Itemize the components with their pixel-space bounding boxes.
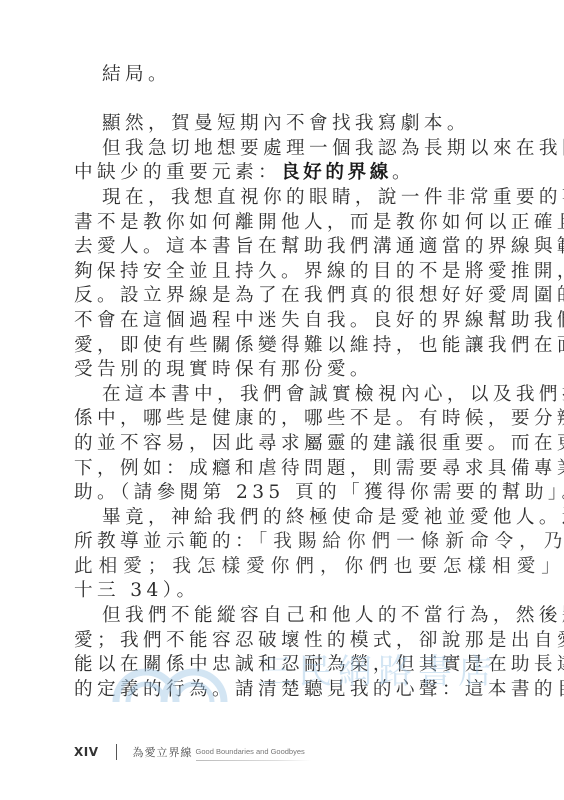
paragraph-gap [74,88,496,113]
paragraph-hallmark: 顯然，賀曼短期內不會找我寫劇本。 [74,112,496,137]
page-number: XIV [74,745,99,759]
text-line: 係中，哪些是健康的，哪些不是。有時候，要分辨什麼是健康 [74,407,496,432]
running-title-en: Good Boundaries and Goodbyes [196,747,305,758]
text-line: 所教導並示範的：「我賜給你們一條新命令，乃是叫你們彼 [74,530,496,555]
text-span: 。 [392,162,415,183]
body-text: 結局。 顯然，賀曼短期內不會找我寫劇本。 但我急切地想要處理一個我認為長期以來在… [74,63,496,702]
text-line: 的並不容易，因此尋求屬靈的建議很重要。而在更複雜的情況 [74,432,496,457]
text-line: 顯然，賀曼短期內不會找我寫劇本。 [74,112,496,137]
text-line: 畢竟，神給我們的終極使命是愛祂並愛他人。這正是耶穌 [74,506,496,531]
text-line: 在這本書中，我們會誠實檢視內心，以及我們投入心力的關 [74,383,496,408]
text-span: 所教導並示範的： [74,531,258,552]
paragraph-examine: 在這本書中，我們會誠實檢視內心，以及我們投入心力的關 係中，哪些是健康的，哪些不… [74,383,496,506]
scripture-quote: 「我賜給你們一條新命令，乃是叫你們彼 [258,531,564,552]
text-line: 此相愛；我怎樣愛你們，你們也要怎樣相愛」（《約翰福音》 [74,555,496,580]
paragraph-ending: 結局。 [74,63,496,88]
text-line: 反。設立界線是為了在我們真的很想好好愛周圍的人的同時， [74,284,496,309]
text-line: 愛，即使有些關係變得難以維持，也能讓我們在面對不得不接 [74,334,496,359]
text-line: 書不是教你如何離開他人，而是教你如何以正確且健康的方式 [74,211,496,236]
text-line: 下，例如：成癮和虐待問題，則需要尋求具備專業訓練的人協 [74,457,496,482]
page-footer: XIV 為愛立界線 Good Boundaries and Goodbyes [74,740,305,764]
text-line: 但我急切地想要處理一個我認為長期以來在我關係故事線 [74,137,496,162]
text-line: 中缺少的重要元素：良好的界線。 [74,161,496,186]
text-line: 夠保持安全並且持久。界線的目的不是將愛推開，實則恰恰相 [74,260,496,285]
text-line: 十三 34）。 [74,579,496,604]
scripture-quote: 此相愛；我怎樣愛你們，你們也要怎樣相愛」 [74,556,564,577]
book-page: 結局。 顯然，賀曼短期內不會找我寫劇本。 但我急切地想要處理一個我認為長期以來在… [0,0,564,800]
text-line: 不會在這個過程中迷失自我。良好的界線幫助我們保存內心的 [74,309,496,334]
text-line: 的定義的行為。請清楚聽見我的心聲：這本書的目的絕不是要 [74,678,496,703]
paragraph-not-love: 但我們不能縱容自己和他人的不當行為，然後將其稱之為 愛；我們不能容忍破壞性的模式… [74,604,496,702]
text-span: 中缺少的重要元素： [74,162,281,183]
bold-emphasis: 良好的界線 [281,162,392,183]
paragraph-purpose: 現在，我想直視你的眼睛，說一件非常重要的事情。這本 書不是教你如何離開他人，而是… [74,186,496,383]
running-title-zh: 為愛立界線 [133,744,193,760]
paragraph-mission: 畢竟，神給我們的終極使命是愛祂並愛他人。這正是耶穌 所教導並示範的：「我賜給你們… [74,506,496,604]
text-line: 但我們不能縱容自己和他人的不當行為，然後將其稱之為 [74,604,496,629]
text-line: 愛；我們不能容忍破壞性的模式，卻說那是出自愛；我們也不 [74,629,496,654]
text-line: 去愛人。這本書旨在幫助我們溝通適當的界線與範疇，讓愛能 [74,235,496,260]
text-line: 結局。 [74,63,496,88]
text-line: 現在，我想直視你的眼睛，說一件非常重要的事情。這本 [74,186,496,211]
footer-divider [116,744,117,760]
text-line: 能以在關係中忠誠和忍耐為榮，但其實是在助長違背上帝對愛 [74,653,496,678]
text-line: 助。（請參閱第 235 頁的「獲得你需要的幫助」。） [74,481,496,506]
text-line: 受告別的現實時保有那份愛。 [74,358,496,383]
paragraph-boundaries-intro: 但我急切地想要處理一個我認為長期以來在我關係故事線 中缺少的重要元素：良好的界線… [74,137,496,186]
